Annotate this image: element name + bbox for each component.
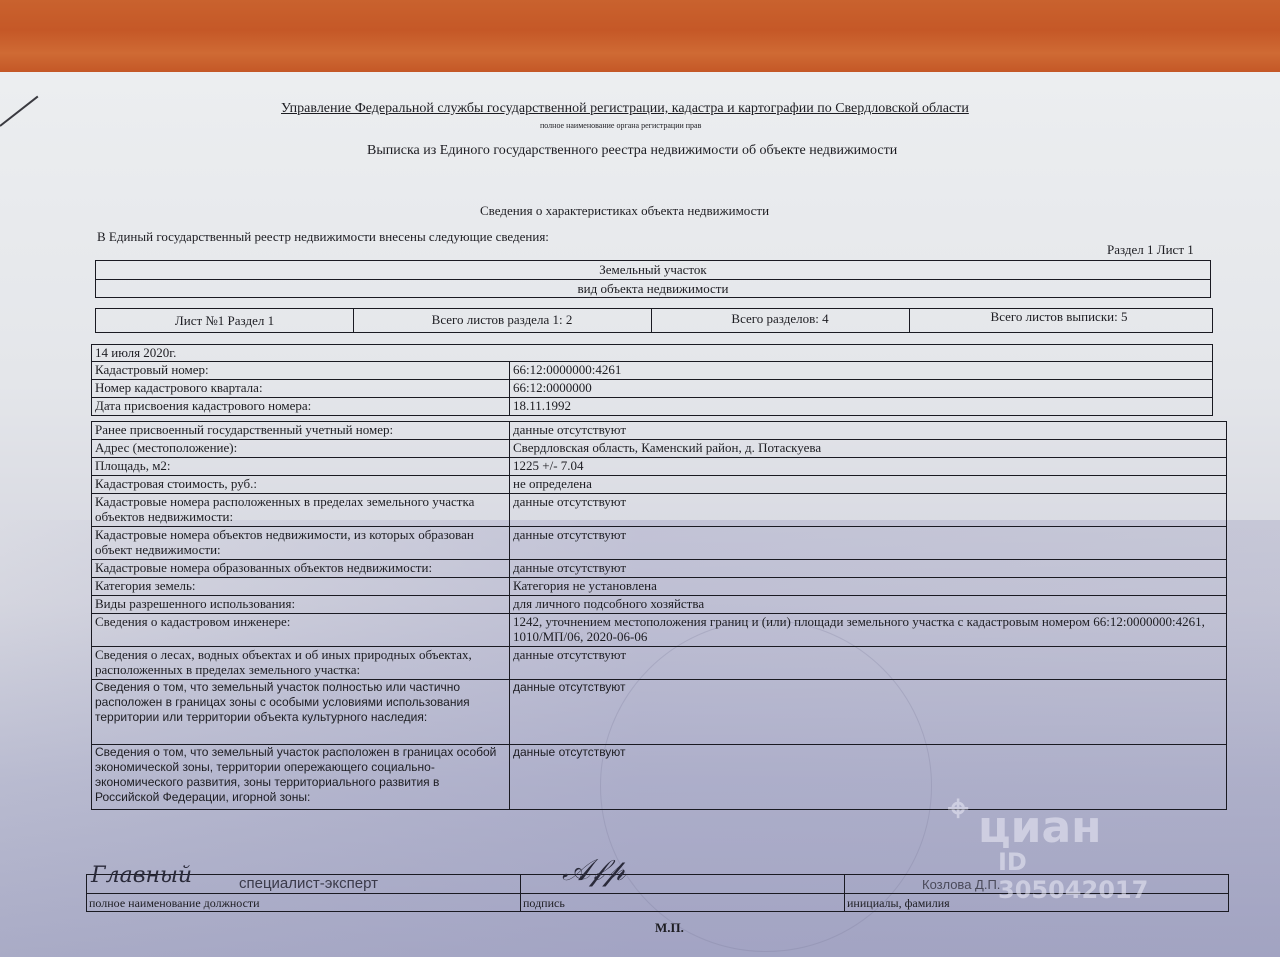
table-row: Кадастровые номера образованных объектов… <box>92 560 1227 578</box>
row-label: Кадастровые номера объектов недвижимости… <box>92 527 510 560</box>
signature-caption: подпись <box>523 896 565 911</box>
row-label: Площадь, м2: <box>92 458 510 476</box>
position-title: специалист-эксперт <box>239 875 378 892</box>
row-label: Дата присвоения кадастрового номера: <box>92 398 510 416</box>
table-row: Дата присвоения кадастрового номера: 18.… <box>92 398 1213 416</box>
table-row: Категория земель: Категория не установле… <box>92 578 1227 596</box>
signature-scribble: 𝒜𝒻𝓅 <box>562 853 625 888</box>
document-title: Выписка из Единого государственного реес… <box>367 143 897 159</box>
section-title: Сведения о характеристиках объекта недви… <box>480 203 769 219</box>
row-value: данные отсутствуют <box>510 527 1227 560</box>
row-label: Кадастровая стоимость, руб.: <box>92 476 510 494</box>
row-value: 1242, уточнением местоположения границ и… <box>510 614 1227 647</box>
name-caption: инициалы, фамилия <box>847 896 950 911</box>
table-row: Сведения о кадастровом инженере: 1242, у… <box>92 614 1227 647</box>
wood-table-background <box>0 0 1280 76</box>
date-row: 14 июля 2020г. <box>92 345 1213 362</box>
table-row: Сведения о том, что земельный участок ра… <box>92 745 1227 810</box>
row-value: для личного подсобного хозяйства <box>510 596 1227 614</box>
row-value: данные отсутствуют <box>510 422 1227 440</box>
table-row: Кадастровая стоимость, руб.: не определе… <box>92 476 1227 494</box>
position-caption: полное наименование должности <box>89 896 260 911</box>
row-label: Кадастровые номера расположенных в преде… <box>92 494 510 527</box>
row-label: Номер кадастрового квартала: <box>92 380 510 398</box>
row-label: Категория земель: <box>92 578 510 596</box>
row-label: Сведения о лесах, водных объектах и об и… <box>92 647 510 680</box>
total-sheets-count: Всего листов выписки: 5 <box>909 309 1209 325</box>
row-value: данные отсутствуют <box>510 494 1227 527</box>
location-pin-icon: ⌖ <box>948 788 968 830</box>
row-value: не определена <box>510 476 1227 494</box>
sections-count: Всего разделов: 4 <box>651 311 909 327</box>
row-label: Сведения о кадастровом инженере: <box>92 614 510 647</box>
row-value: данные отсутствуют <box>510 745 1227 810</box>
row-label: Сведения о том, что земельный участок по… <box>92 680 510 745</box>
sheet-count-row: Лист №1 Раздел 1 Всего листов раздела 1:… <box>95 308 1213 333</box>
authority-name: Управление Федеральной службы государств… <box>281 101 969 117</box>
watermark-id: ID 305042017 <box>998 848 1148 904</box>
object-type: Земельный участок <box>96 262 1210 278</box>
watermark-brand: циан <box>978 802 1102 853</box>
table-row: Площадь, м2: 1225 +/- 7.04 <box>92 458 1227 476</box>
row-value: Свердловская область, Каменский район, д… <box>510 440 1227 458</box>
row-value: данные отсутствуют <box>510 560 1227 578</box>
object-type-caption: вид объекта недвижимости <box>96 281 1210 297</box>
extract-date: 14 июля 2020г. <box>92 345 1213 362</box>
table-row: Адрес (местоположение): Свердловская обл… <box>92 440 1227 458</box>
handwritten-position: Главный <box>91 863 192 888</box>
row-value: 66:12:0000000:4261 <box>510 362 1213 380</box>
divider <box>96 279 1210 280</box>
table-row: Кадастровые номера объектов недвижимости… <box>92 527 1227 560</box>
intro-text: В Единый государственный реестр недвижим… <box>97 229 549 245</box>
characteristics-table: Ранее присвоенный государственный учетны… <box>91 421 1227 810</box>
table-row: Сведения о лесах, водных объектах и об и… <box>92 647 1227 680</box>
row-label: Кадастровый номер: <box>92 362 510 380</box>
table-row: Кадастровый номер: 66:12:0000000:4261 <box>92 362 1213 380</box>
row-label: Адрес (местоположение): <box>92 440 510 458</box>
table-row: Кадастровые номера расположенных в преде… <box>92 494 1227 527</box>
signer-name: Козлова Д.П. <box>922 877 1000 892</box>
row-label: Сведения о том, что земельный участок ра… <box>92 745 510 810</box>
row-value: 18.11.1992 <box>510 398 1213 416</box>
divider <box>520 875 521 911</box>
section-sheets-count: Всего листов раздела 1: 2 <box>353 312 651 328</box>
row-value: 66:12:0000000 <box>510 380 1213 398</box>
table-row: Ранее присвоенный государственный учетны… <box>92 422 1227 440</box>
seal-label: М.П. <box>655 920 684 936</box>
row-value: 1225 +/- 7.04 <box>510 458 1227 476</box>
row-value: данные отсутствуют <box>510 647 1227 680</box>
row-label: Кадастровые номера образованных объектов… <box>92 560 510 578</box>
table-row: Номер кадастрового квартала: 66:12:00000… <box>92 380 1213 398</box>
table-row: Виды разрешенного использования: для лич… <box>92 596 1227 614</box>
row-value: данные отсутствуют <box>510 680 1227 745</box>
authority-caption: полное наименование органа регистрации п… <box>540 121 701 130</box>
object-type-box: Земельный участок вид объекта недвижимос… <box>95 260 1211 298</box>
sheet-number: Лист №1 Раздел 1 <box>96 313 353 329</box>
row-label: Ранее присвоенный государственный учетны… <box>92 422 510 440</box>
row-label: Виды разрешенного использования: <box>92 596 510 614</box>
section-sheet-label: Раздел 1 Лист 1 <box>1107 242 1194 258</box>
table-row: Сведения о том, что земельный участок по… <box>92 680 1227 745</box>
cadastral-summary-table: 14 июля 2020г. Кадастровый номер: 66:12:… <box>91 344 1213 416</box>
divider <box>844 875 845 911</box>
row-value: Категория не установлена <box>510 578 1227 596</box>
